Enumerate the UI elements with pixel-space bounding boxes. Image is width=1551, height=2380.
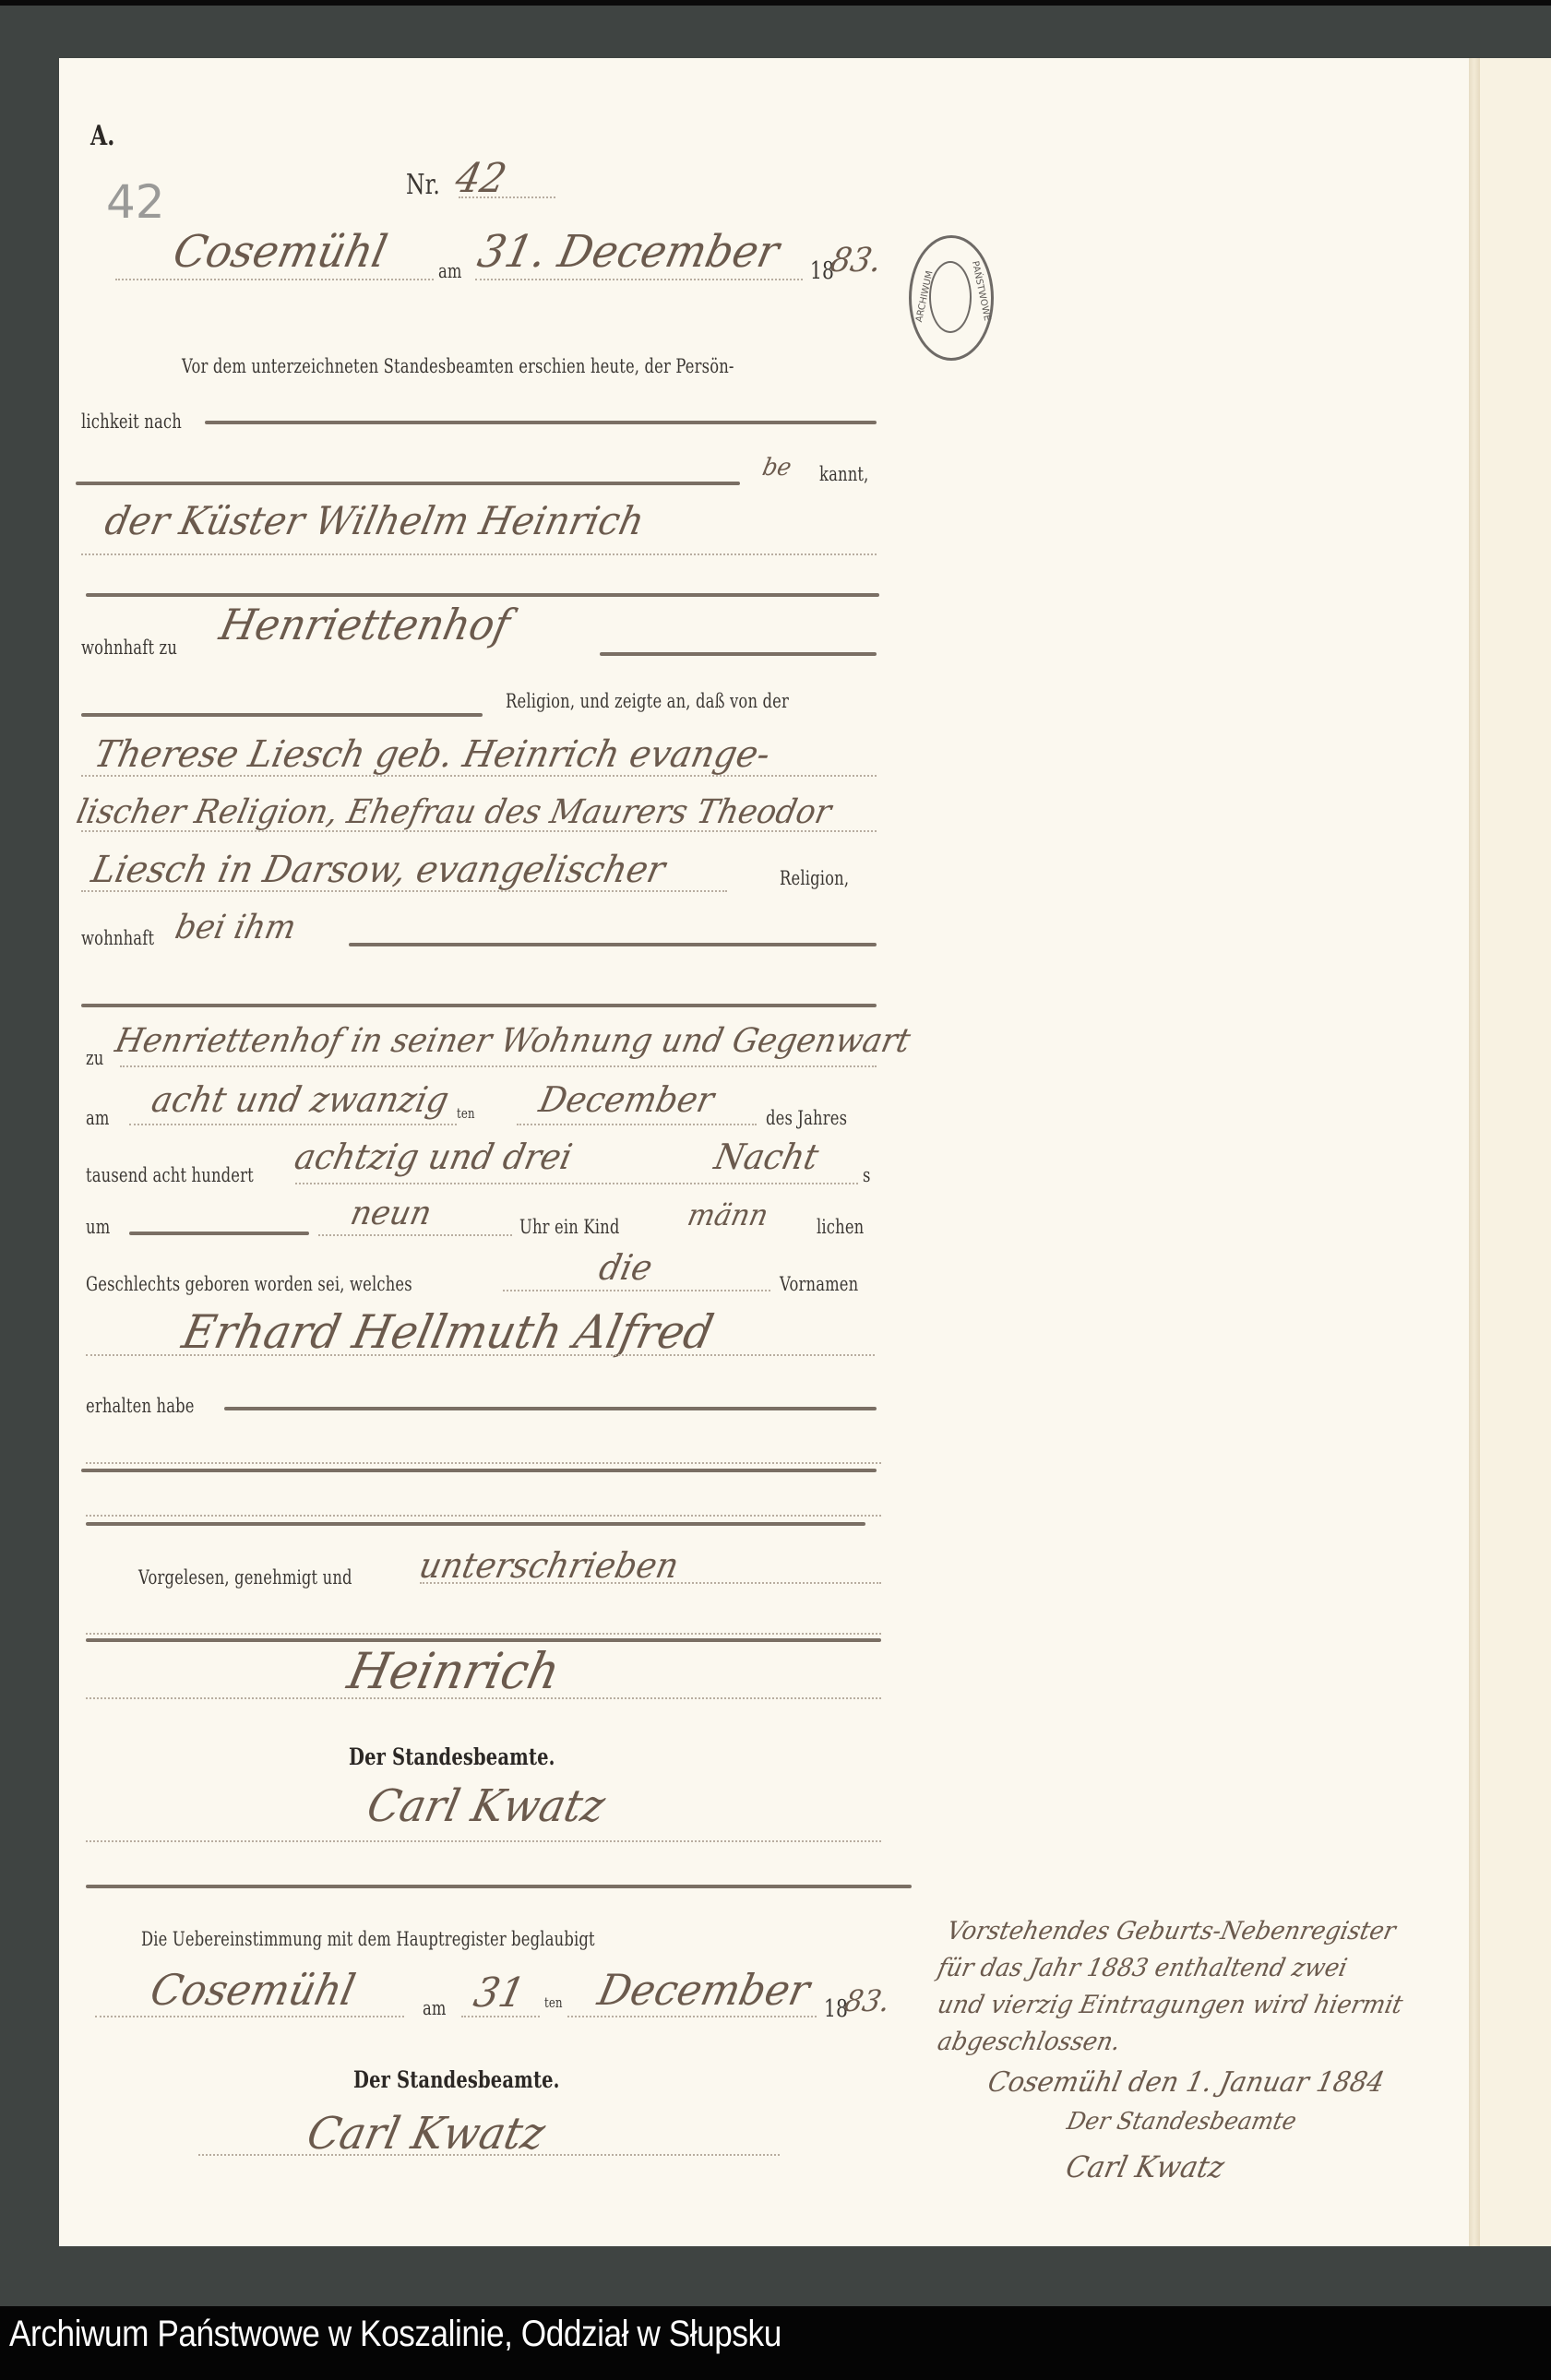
mother-line-2: lischer Religion, Ehefrau des Maurers Th…: [73, 793, 834, 831]
bekannt-label: kannt,: [819, 463, 869, 485]
wohnhaft-zu-label: wohnhaft zu: [81, 637, 177, 659]
geschlechts-label: Geschlechts geboren worden sei, welches: [86, 1273, 412, 1295]
certification-registrar-title: Der Standesbeamte.: [353, 2066, 560, 2093]
registrar-title: Der Standesbeamte.: [349, 1743, 555, 1770]
margin-note-line-5: Cosemühl den 1. Januar 1884: [985, 2066, 1388, 2099]
time-of-day-handwritten: Nacht: [711, 1136, 822, 1177]
margin-note-signature: Carl Kwatz: [1063, 2149, 1227, 2184]
certification-am-label: am: [423, 1997, 447, 2019]
mother-line-3: Liesch in Darsow, evangelischer: [88, 849, 669, 891]
record-number: 42: [451, 155, 510, 202]
nr-label: Nr.: [406, 169, 440, 201]
am-day-label: am: [86, 1107, 110, 1129]
archive-stamp: ARCHIWUM PAŃSTWOWE: [909, 235, 994, 361]
adjacent-page-edge: [1480, 58, 1551, 2246]
informant-signature: Heinrich: [343, 1642, 566, 1700]
vorgelesen-label: Vorgelesen, genehmigt und: [138, 1566, 352, 1589]
form-letter: A.: [90, 120, 115, 152]
archive-caption-bar: Archiwum Państwowe w Koszalinie, Oddział…: [0, 2306, 1551, 2380]
s-label: s: [863, 1164, 871, 1186]
erhalten-label: erhalten habe: [86, 1395, 195, 1417]
day-handwritten: acht und zwanzig: [149, 1079, 453, 1120]
residence-handwritten: Henriettenhof: [216, 600, 515, 649]
zu-label: zu: [86, 1047, 104, 1069]
vornamen-label: Vornamen: [780, 1273, 858, 1295]
bekannt-handwritten: be: [760, 454, 794, 482]
des-jahres-label: des Jahres: [766, 1107, 847, 1129]
mother-line-1: Therese Liesch geb. Heinrich evange-: [90, 733, 773, 776]
margin-note-line-1: Vorstehendes Geburts-Nebenregister: [944, 1917, 1398, 1946]
margin-note-line-6: Der Standesbeamte: [1065, 2108, 1299, 2136]
pencil-record-number: 42: [106, 175, 165, 229]
intro-text: Vor dem unterzeichneten Standesbeamten e…: [182, 355, 734, 377]
hour-handwritten: neun: [347, 1195, 435, 1232]
certification-year-suffix: 83.: [841, 1983, 893, 2018]
lichkeit-label: lichkeit nach: [81, 411, 182, 433]
margin-note-line-2: für das Jahr 1883 enthaltend zwei: [935, 1954, 1349, 1982]
uhr-label: Uhr ein Kind: [519, 1216, 619, 1238]
ten-label: ten: [457, 1105, 475, 1122]
informant-handwritten: der Küster Wilhelm Heinrich: [101, 498, 649, 543]
lichen-label: lichen: [817, 1216, 864, 1238]
am-label: am: [438, 260, 462, 282]
registrar-signature: Carl Kwatz: [363, 1780, 609, 1832]
sex-handwritten: männ: [685, 1197, 771, 1232]
die-handwritten: die: [596, 1247, 656, 1288]
month-handwritten: December: [536, 1079, 718, 1120]
certification-signature: Carl Kwatz: [303, 2108, 549, 2160]
margin-note-line-3: und vierzig Eintragungen wird hiermit: [935, 1991, 1405, 2019]
year-handwritten: achtzig und drei: [292, 1136, 576, 1177]
year-suffix: 83.: [827, 242, 885, 280]
stamp-text-right: PAŃSTWOWE: [970, 260, 993, 322]
archive-caption: Archiwum Państwowe w Koszalinie, Oddział…: [9, 2314, 781, 2355]
certification-place: Cosemühl: [147, 1965, 360, 2015]
certification-month: December: [594, 1965, 815, 2015]
child-names-handwritten: Erhard Hellmuth Alfred: [178, 1305, 718, 1359]
certification-day: 31: [470, 1969, 529, 2017]
tausend-label: tausend acht hundert: [86, 1164, 254, 1186]
scan-border: [0, 0, 1551, 6]
religion-anzeige-text: Religion, und zeigte an, daß von der: [506, 690, 789, 712]
birthplace-handwritten: Henriettenhof in seiner Wohnung und Gege…: [112, 1022, 913, 1060]
vorgelesen-handwritten: unterschrieben: [416, 1545, 683, 1586]
certification-ten-label: ten: [544, 1994, 563, 2011]
mother-residence-handwritten: bei ihm: [172, 909, 299, 946]
date-handwritten: 31. December: [473, 226, 783, 278]
margin-note-line-4: abgeschlossen.: [935, 2028, 1123, 2056]
place-handwritten: Cosemühl: [169, 226, 391, 278]
religion-label: Religion,: [780, 867, 849, 889]
wohnhaft-label: wohnhaft: [81, 927, 154, 949]
certification-text: Die Uebereinstimmung mit dem Hauptregist…: [141, 1928, 595, 1950]
um-label: um: [86, 1216, 110, 1238]
